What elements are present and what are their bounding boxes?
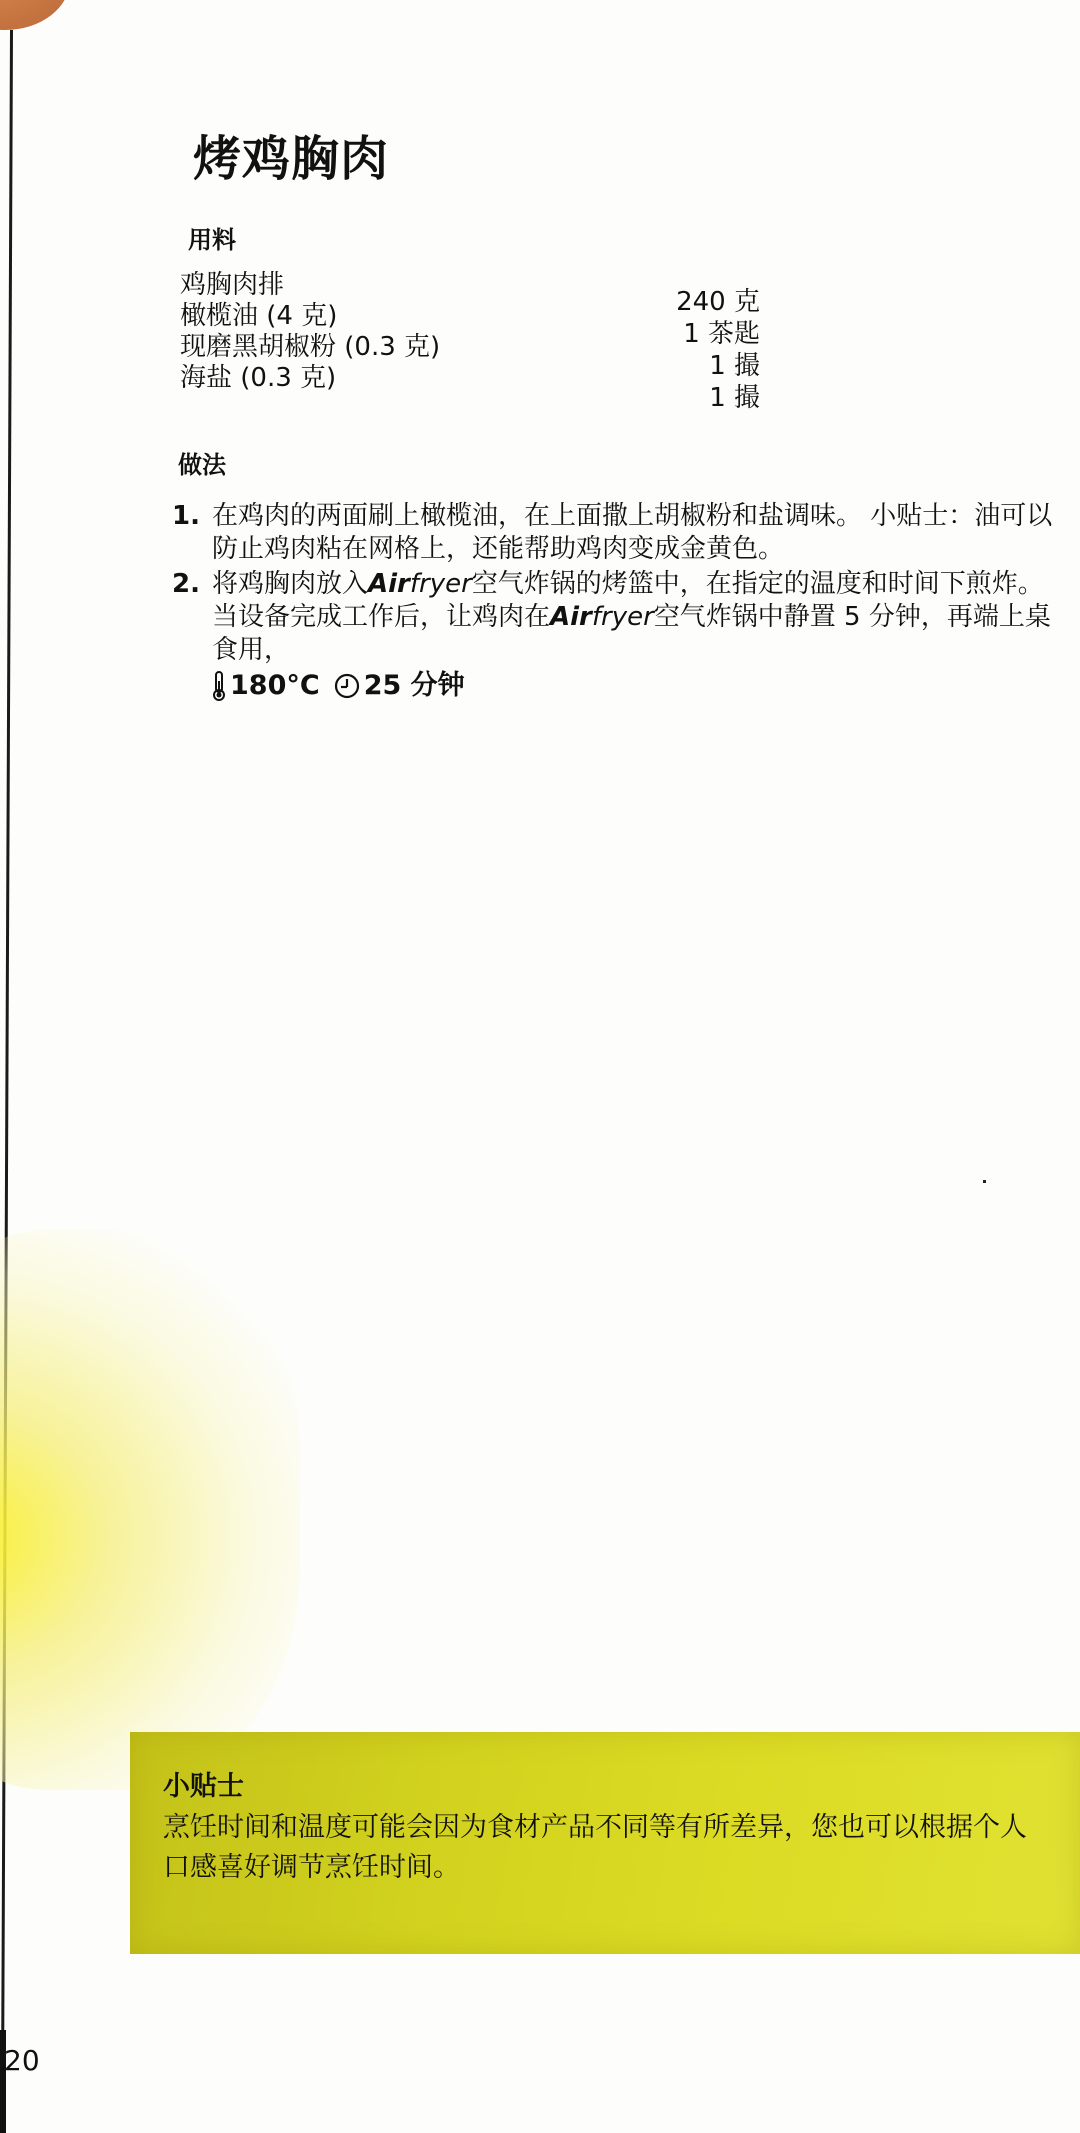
- brand-name: Airfryer: [550, 602, 654, 632]
- step-number: 1.: [172, 500, 200, 533]
- recipe-page: 烤鸡胸肉 用料 鸡胸肉排 橄榄油 (4 克) 现磨黑胡椒粉 (0.3 克) 海盐…: [0, 0, 1080, 2133]
- ingredient-quantity: 1 茶匙: [676, 318, 760, 350]
- ingredient-name: 海盐 (0.3 克): [180, 363, 440, 394]
- ingredient-quantity: 240 克: [676, 286, 760, 318]
- brand-rest: fryer: [592, 602, 654, 632]
- tip-body: 烹饪时间和温度可能会因为食材产品不同等有所差异，您也可以根据个人口感喜好调节烹饪…: [163, 1808, 1033, 1888]
- finger-shadow: [0, 0, 70, 30]
- print-speck: [983, 1180, 986, 1183]
- ingredient-name: 橄榄油 (4 克): [180, 301, 440, 332]
- method-steps: 1. 在鸡肉的两面刷上橄榄油，在上面撒上胡椒粉和盐调味。 小贴士：油可以防止鸡肉…: [172, 500, 1072, 704]
- step-2: 2. 将鸡胸肉放入Airfryer空气炸锅的烤篮中，在指定的温度和时间下煎炸。 …: [172, 568, 1072, 702]
- brand-name: Airfryer: [368, 569, 472, 599]
- temperature-value: 180°C: [230, 669, 320, 702]
- ingredient-quantities-column: 240 克 1 茶匙 1 撮 1 撮: [676, 286, 760, 414]
- page-binding-edge: [1, 30, 13, 2133]
- cooking-settings: 180°C 25 分钟: [212, 669, 1072, 702]
- step-text-before: 将鸡胸肉放入: [212, 569, 368, 599]
- ingredient-names-column: 鸡胸肉排 橄榄油 (4 克) 现磨黑胡椒粉 (0.3 克) 海盐 (0.3 克): [180, 270, 440, 394]
- ingredient-quantity: 1 撮: [676, 382, 760, 414]
- brand-rest: fryer: [410, 569, 472, 599]
- recipe-title: 烤鸡胸肉: [193, 120, 389, 189]
- step-number: 2.: [172, 568, 200, 601]
- page-number: 20: [4, 2044, 40, 2077]
- brand-bold: Air: [368, 569, 410, 599]
- tip-title: 小贴士: [163, 1764, 244, 1803]
- thermometer-icon: [212, 671, 226, 701]
- time-setting: 25 分钟: [334, 669, 465, 702]
- temperature-setting: 180°C: [212, 669, 320, 702]
- ingredients-heading: 用料: [188, 220, 236, 255]
- ingredient-name: 鸡胸肉排: [180, 270, 440, 301]
- ingredient-quantity: 1 撮: [676, 350, 760, 382]
- step-text: 在鸡肉的两面刷上橄榄油，在上面撒上胡椒粉和盐调味。 小贴士：油可以防止鸡肉粘在网…: [212, 501, 1052, 564]
- tip-box: 小贴士 烹饪时间和温度可能会因为食材产品不同等有所差异，您也可以根据个人口感喜好…: [130, 1732, 1080, 1954]
- clock-icon: [334, 673, 360, 699]
- method-heading: 做法: [178, 445, 226, 480]
- ingredient-name: 现磨黑胡椒粉 (0.3 克): [180, 332, 440, 363]
- step-1: 1. 在鸡肉的两面刷上橄榄油，在上面撒上胡椒粉和盐调味。 小贴士：油可以防止鸡肉…: [172, 500, 1072, 566]
- yellow-background-wash: [0, 1230, 300, 1790]
- time-value: 25 分钟: [364, 669, 465, 702]
- brand-bold: Air: [550, 602, 592, 632]
